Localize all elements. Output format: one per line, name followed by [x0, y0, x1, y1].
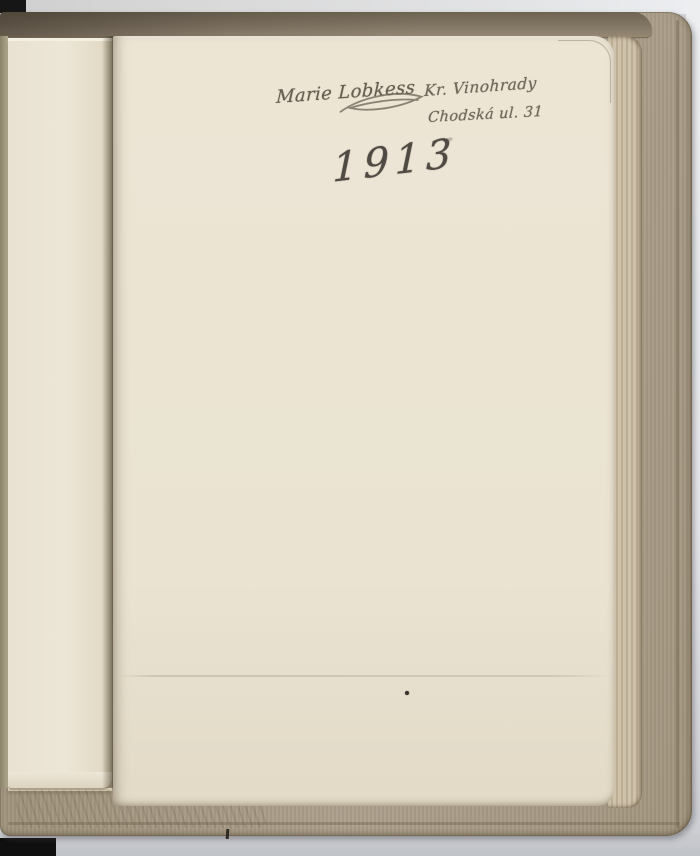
scanned-book-page: Marie Lobkess Kr. Vinohrady Chodská ul. … [0, 0, 700, 856]
left-page-bottom-curl [8, 772, 112, 790]
cover-top-edge [0, 12, 652, 37]
page-corner-crease [558, 40, 611, 103]
scanner-background-bottom [0, 833, 700, 856]
page-crease-line [117, 675, 611, 677]
cover-ridge-right [676, 20, 679, 828]
ink-dot [405, 691, 409, 695]
left-page-edge [8, 38, 112, 789]
black-tab-bottom-left [0, 838, 56, 856]
cover-left-sliver [0, 36, 8, 788]
